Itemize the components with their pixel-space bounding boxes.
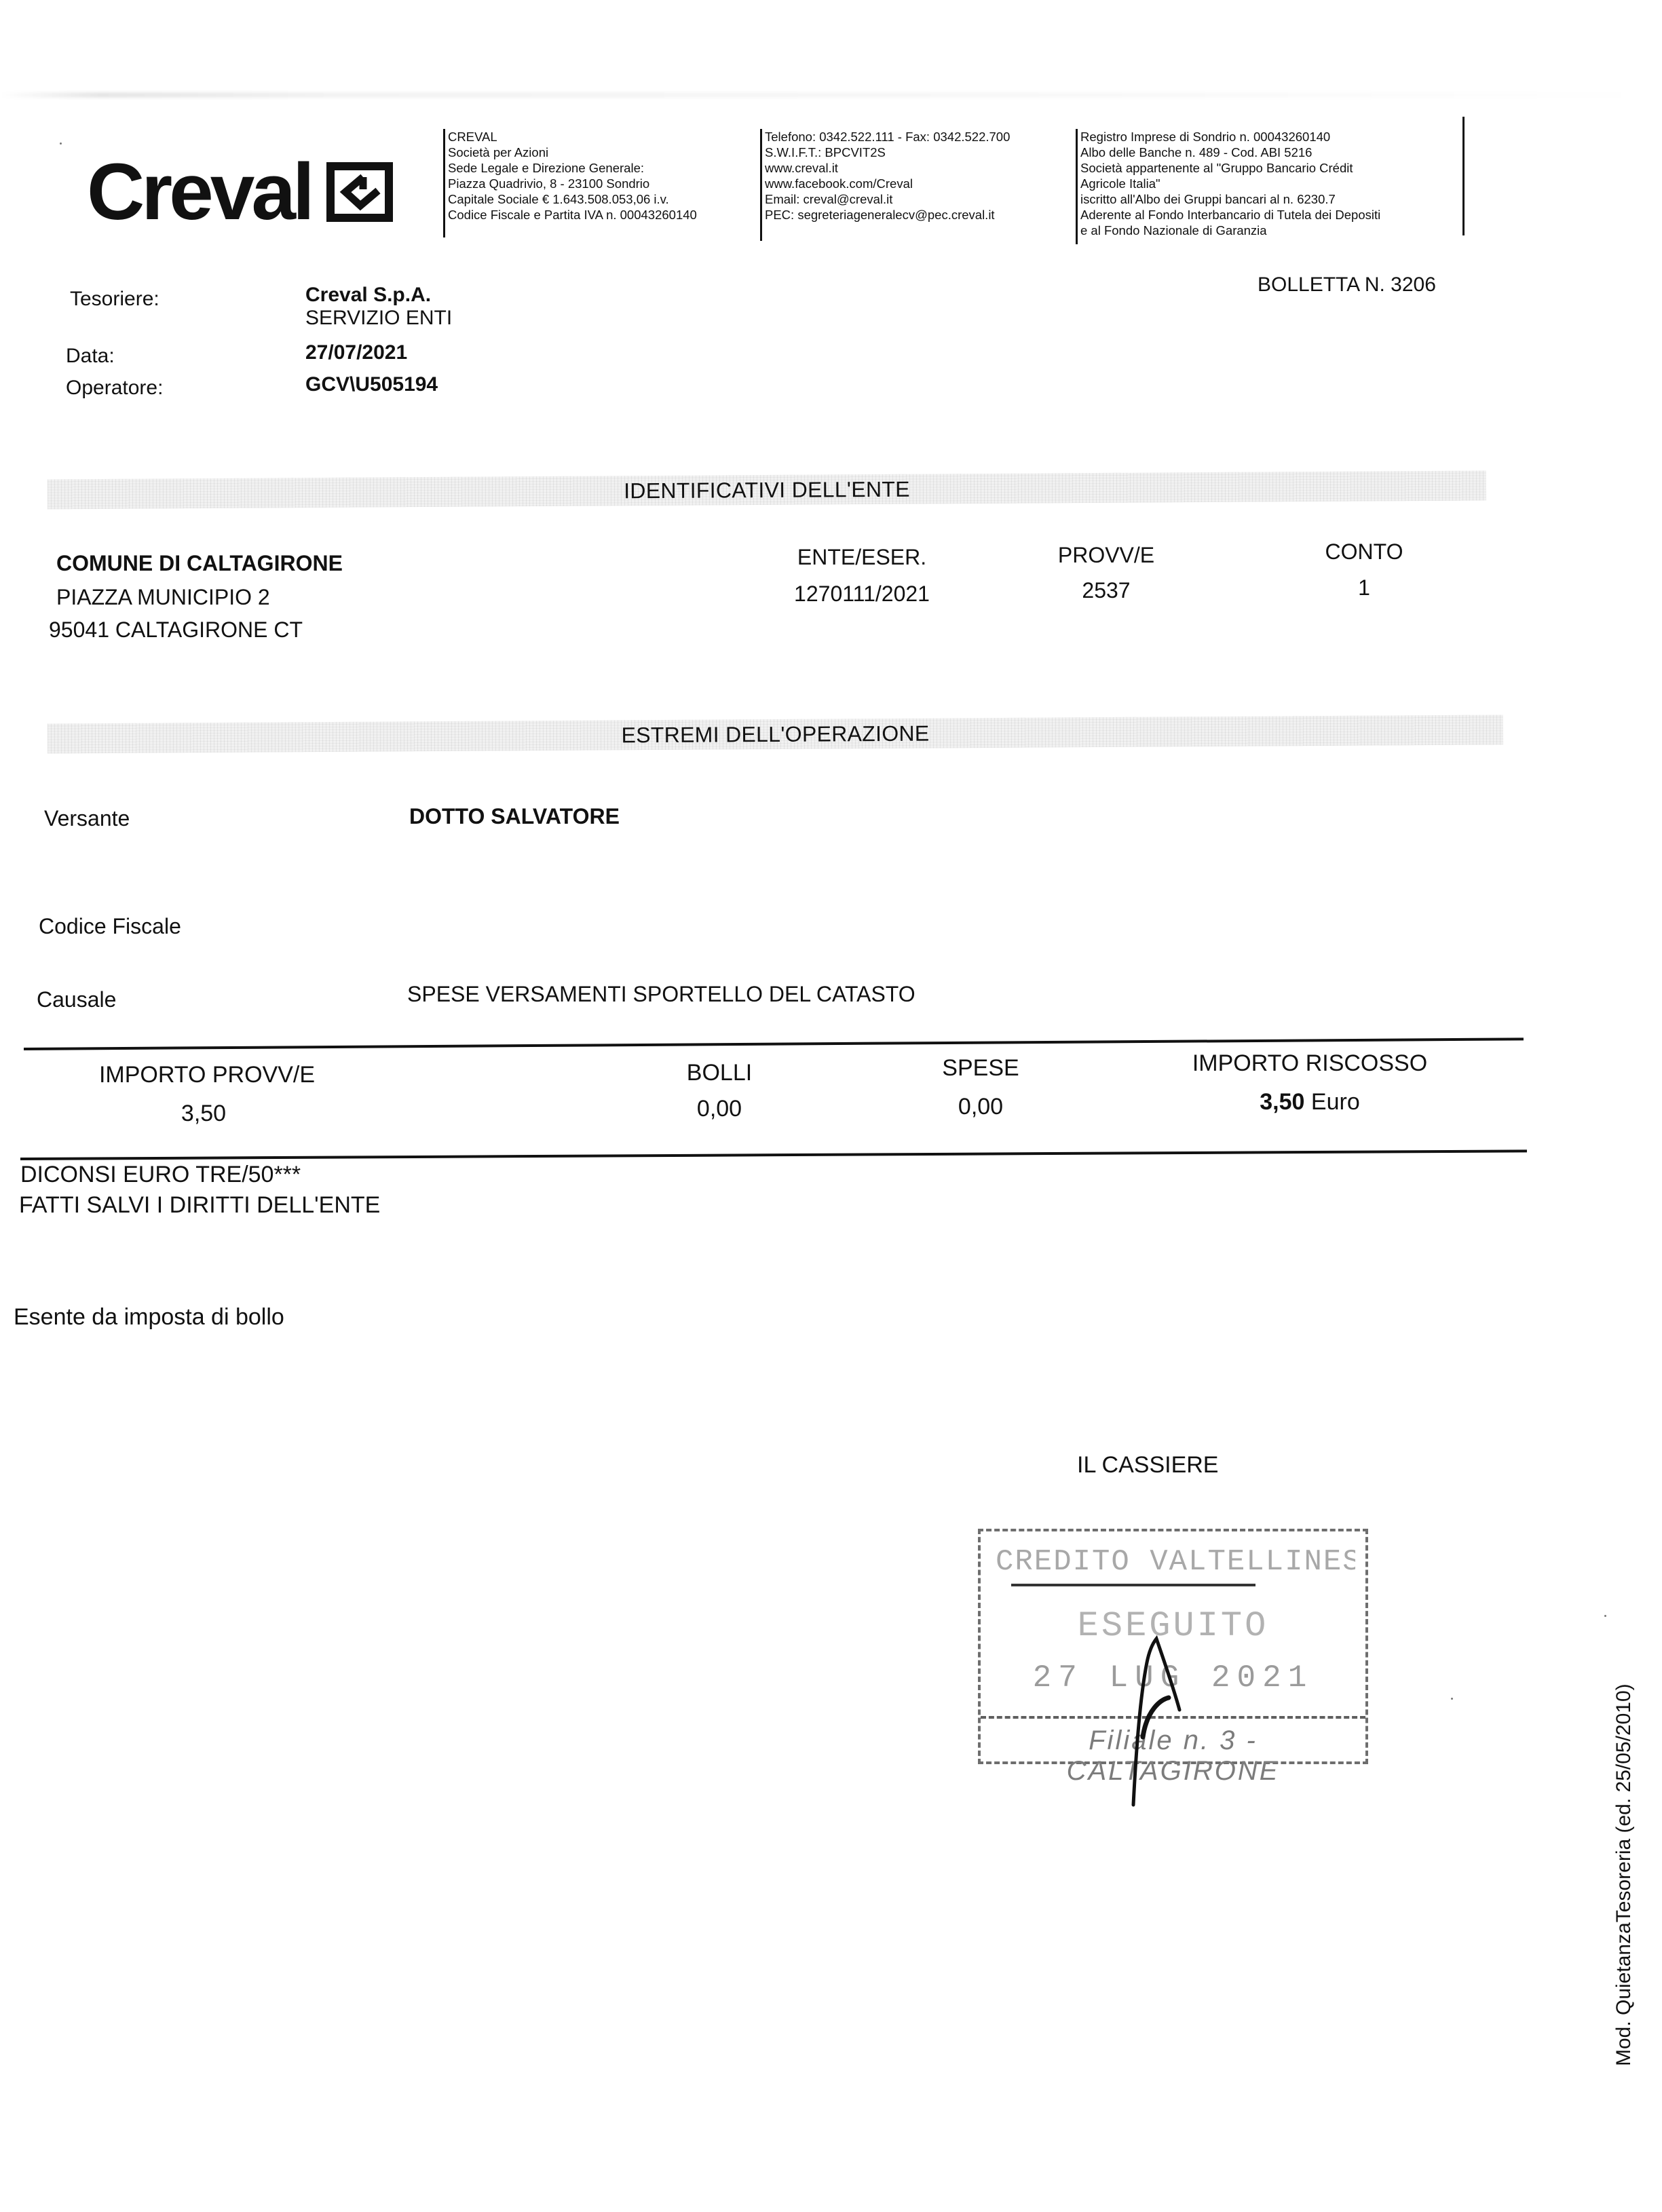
info-line: Aderente al Fondo Interbancario di Tutel… bbox=[1080, 207, 1380, 223]
stamp-bank-name: CREDITO VALTELLINESE SpA bbox=[996, 1545, 1355, 1579]
form-model-note: Mod. QuietanzaTesoreria (ed. 25/05/2010) bbox=[1612, 1683, 1636, 2066]
info-line: Registro Imprese di Sondrio n. 000432601… bbox=[1080, 129, 1380, 145]
scan-artifact bbox=[0, 92, 1662, 98]
info-line: Società appartenente al "Gruppo Bancario… bbox=[1080, 160, 1380, 176]
registry-info-block: Registro Imprese di Sondrio n. 000432601… bbox=[1076, 129, 1380, 244]
table-bottom-rule bbox=[20, 1149, 1527, 1160]
info-line: e al Fondo Nazionale di Garanzia bbox=[1080, 223, 1380, 238]
info-line: Società per Azioni bbox=[448, 145, 697, 160]
esente-line: Esente da imposta di bollo bbox=[14, 1304, 284, 1331]
info-line: Codice Fiscale e Partita IVA n. 00043260… bbox=[448, 207, 697, 223]
table-top-rule bbox=[24, 1037, 1524, 1050]
conto-header: CONTO bbox=[1289, 539, 1439, 565]
info-line: iscritto all'Albo dei Gruppi bancari al … bbox=[1080, 191, 1380, 207]
provv-value: 2537 bbox=[1032, 578, 1181, 603]
info-line: Sede Legale e Direzione Generale: bbox=[448, 160, 697, 176]
info-line: Capitale Sociale € 1.643.508.053,06 i.v. bbox=[448, 191, 697, 207]
scan-speck bbox=[1604, 1615, 1606, 1617]
section-bar-ente: IDENTIFICATIVI DELL'ENTE bbox=[48, 471, 1486, 510]
tesoriere-value: Creval S.p.A. bbox=[305, 284, 431, 307]
info-line: Telefono: 0342.522.111 - Fax: 0342.522.7… bbox=[765, 129, 1010, 145]
info-line: S.W.I.F.T.: BPCVIT2S bbox=[765, 145, 1010, 160]
codice-fiscale-label: Codice Fiscale bbox=[39, 914, 181, 939]
importo-riscosso-header: IMPORTO RISCOSSO bbox=[1174, 1050, 1446, 1077]
section-bar-operazione: ESTREMI DELL'OPERAZIONE bbox=[48, 714, 1503, 753]
info-line: CREVAL bbox=[448, 129, 697, 145]
spese-value: 0,00 bbox=[923, 1094, 1038, 1120]
spese-header: SPESE bbox=[923, 1055, 1038, 1082]
bolletta-number: BOLLETTA N. 3206 bbox=[1258, 273, 1436, 297]
info-line: Albo delle Banche n. 489 - Cod. ABI 5216 bbox=[1080, 145, 1380, 160]
header-divider bbox=[1462, 117, 1465, 235]
section-title: ESTREMI DELL'OPERAZIONE bbox=[621, 721, 929, 748]
section-title: IDENTIFICATIVI DELL'ENTE bbox=[624, 476, 910, 503]
company-info-block: CREVAL Società per Azioni Sede Legale e … bbox=[443, 129, 697, 237]
logo-wordmark: Creval bbox=[87, 152, 311, 232]
info-line: Email: creval@creval.it bbox=[765, 191, 1010, 207]
tesoriere-label: Tesoriere: bbox=[70, 288, 159, 311]
importo-riscosso-unit: Euro bbox=[1311, 1089, 1360, 1115]
importo-provv-value: 3,50 bbox=[61, 1101, 346, 1127]
ente-name: COMUNE DI CALTAGIRONE bbox=[56, 551, 343, 576]
info-line: Piazza Quadrivio, 8 - 23100 Sondrio bbox=[448, 176, 697, 191]
scan-speck bbox=[1451, 1698, 1453, 1700]
info-line: www.facebook.com/Creval bbox=[765, 176, 1010, 191]
bolli-header: BOLLI bbox=[665, 1060, 774, 1086]
importo-provv-header: IMPORTO PROVV/E bbox=[61, 1062, 353, 1088]
stamp-underline bbox=[1011, 1584, 1255, 1586]
signature-mark bbox=[1127, 1635, 1222, 1812]
bolli-value: 0,00 bbox=[665, 1096, 774, 1122]
conto-value: 1 bbox=[1289, 575, 1439, 600]
ente-eser-header: ENTE/ESER. bbox=[760, 545, 964, 570]
contact-info-block: Telefono: 0342.522.111 - Fax: 0342.522.7… bbox=[760, 129, 1010, 241]
causale-value: SPESE VERSAMENTI SPORTELLO DEL CATASTO bbox=[407, 982, 915, 1007]
diconsi-line: DICONSI EURO TRE/50*** bbox=[20, 1162, 301, 1188]
operatore-value: GCV\U505194 bbox=[305, 373, 438, 396]
operatore-label: Operatore: bbox=[66, 377, 163, 400]
check-box-icon bbox=[326, 162, 393, 222]
provv-header: PROVV/E bbox=[1032, 543, 1181, 568]
ente-eser-value: 1270111/2021 bbox=[760, 581, 964, 607]
scan-speck bbox=[60, 142, 62, 145]
info-line: PEC: segreteriageneralecv@pec.creval.it bbox=[765, 207, 1010, 223]
importo-riscosso-value: 3,50 Euro bbox=[1174, 1089, 1446, 1115]
info-line: Agricole Italia" bbox=[1080, 176, 1380, 191]
importo-riscosso-amount: 3,50 bbox=[1260, 1089, 1304, 1115]
data-value: 27/07/2021 bbox=[305, 341, 407, 364]
tesoriere-sub: SERVIZIO ENTI bbox=[305, 307, 452, 330]
versante-value: DOTTO SALVATORE bbox=[409, 804, 620, 829]
ente-address-line2: 95041 CALTAGIRONE CT bbox=[49, 617, 303, 643]
versante-label: Versante bbox=[44, 806, 130, 831]
causale-label: Causale bbox=[37, 987, 116, 1012]
data-label: Data: bbox=[66, 345, 115, 368]
ente-address-line1: PIAZZA MUNICIPIO 2 bbox=[56, 585, 270, 610]
cassiere-label: IL CASSIERE bbox=[1077, 1452, 1218, 1479]
fatti-salvi-line: FATTI SALVI I DIRITTI DELL'ENTE bbox=[19, 1192, 380, 1219]
creval-logo: Creval bbox=[87, 155, 393, 229]
info-line: www.creval.it bbox=[765, 160, 1010, 176]
